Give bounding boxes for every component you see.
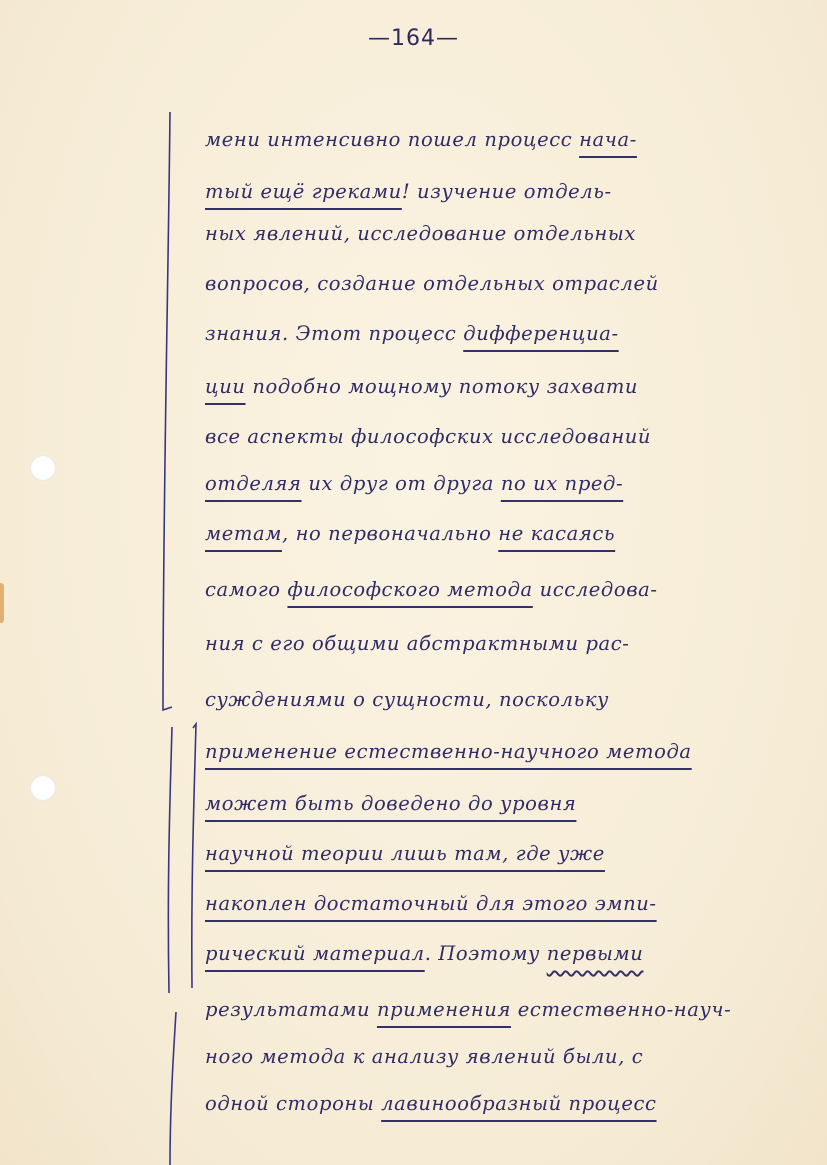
- text-segment: ного метода к анализу явлений были, с: [205, 1045, 643, 1068]
- text-line: отделяя их друг от друга по их пред-: [205, 472, 795, 495]
- underlined-phrase: тый ещё греками: [205, 180, 402, 203]
- text-segment: естественно-науч-: [511, 998, 731, 1021]
- text-line: знания. Этот процесс дифференциа-: [205, 322, 795, 345]
- underlined-phrase: научной теории лишь там, где уже: [205, 842, 605, 865]
- text-segment: вопросов, создание отдельных отраслей: [205, 272, 659, 295]
- underlined-phrase: нача-: [579, 128, 637, 151]
- text-line: суждениями о сущности, поскольку: [205, 688, 795, 711]
- text-segment: исследова-: [533, 578, 658, 601]
- text-line: мени интенсивно пошел процесс нача-: [205, 128, 795, 151]
- text-segment: подобно мощному потоку захвати: [246, 375, 639, 398]
- margin-bracket-right: [192, 724, 196, 988]
- margin-bracket-left: [168, 727, 172, 993]
- text-segment: знания. Этот процесс: [205, 322, 463, 345]
- underlined-phrase: может быть доведено до уровня: [205, 792, 576, 815]
- text-line: ния с его общими абстрактными рас-: [205, 632, 795, 655]
- underlined-phrase: не касаясь: [498, 522, 615, 545]
- text-line: тый ещё греками! изучение отдель-: [205, 180, 795, 203]
- text-line: рический материал. Поэтому первыми: [205, 942, 795, 965]
- text-line: метам, но первоначально не касаясь: [205, 522, 795, 545]
- text-line: может быть доведено до уровня: [205, 792, 795, 815]
- underlined-phrase: метам: [205, 522, 282, 545]
- underlined-phrase: первыми: [547, 942, 644, 965]
- underlined-phrase: философского метода: [287, 578, 532, 601]
- margin-line-upper: [163, 112, 172, 710]
- underlined-phrase: ции: [205, 375, 246, 398]
- underlined-phrase: рический материал: [205, 942, 425, 965]
- underlined-phrase: накоплен достаточный для этого эмпи-: [205, 892, 657, 915]
- text-line: результатами применения естественно-науч…: [205, 998, 795, 1021]
- underlined-phrase: по их пред-: [501, 472, 623, 495]
- text-segment: одной стороны: [205, 1092, 381, 1115]
- text-line: применение естественно-научного метода: [205, 740, 795, 763]
- text-line: все аспекты философских исследований: [205, 425, 795, 448]
- underlined-phrase: применение естественно-научного метода: [205, 740, 692, 763]
- text-line: самого философского метода исследова-: [205, 578, 795, 601]
- text-segment: самого: [205, 578, 287, 601]
- text-line: ции подобно мощному потоку захвати: [205, 375, 795, 398]
- text-line: вопросов, создание отдельных отраслей: [205, 272, 795, 295]
- underlined-phrase: применения: [377, 998, 511, 1021]
- text-segment: . Поэтому: [425, 942, 547, 965]
- text-segment: их друг от друга: [302, 472, 501, 495]
- text-segment: все аспекты философских исследований: [205, 425, 651, 448]
- text-line: накоплен достаточный для этого эмпи-: [205, 892, 795, 915]
- text-segment: мени интенсивно пошел процесс: [205, 128, 579, 151]
- text-segment: суждениями о сущности, поскольку: [205, 688, 609, 711]
- text-line: ного метода к анализу явлений были, с: [205, 1045, 795, 1068]
- underlined-phrase: лавинообразный процесс: [381, 1092, 656, 1115]
- text-line: научной теории лишь там, где уже: [205, 842, 795, 865]
- text-segment: ных явлений, исследование отдельных: [205, 222, 636, 245]
- text-segment: ! изучение отдель-: [402, 180, 612, 203]
- underlined-phrase: отделяя: [205, 472, 302, 495]
- text-line: одной стороны лавинообразный процесс: [205, 1092, 795, 1115]
- text-segment: результатами: [205, 998, 377, 1021]
- underlined-phrase: дифференциа-: [463, 322, 618, 345]
- text-line: ных явлений, исследование отдельных: [205, 222, 795, 245]
- text-segment: , но первоначально: [282, 522, 498, 545]
- text-segment: ния с его общими абстрактными рас-: [205, 632, 629, 655]
- margin-line-lower: [170, 1012, 176, 1165]
